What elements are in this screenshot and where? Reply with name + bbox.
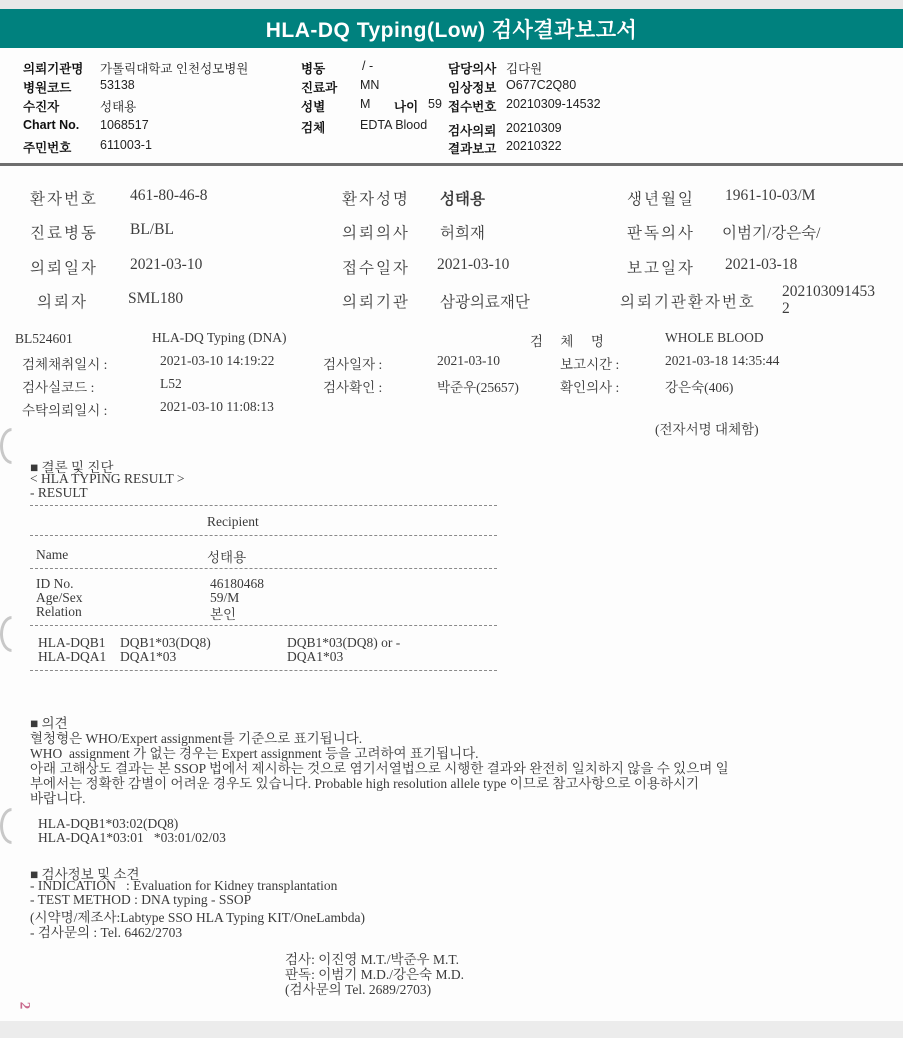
confirm-doctor-value: 강은숙(406) [665,376,733,396]
dashed-separator [30,670,497,671]
org-name-value: 가톨릭대학교 인천성모병원 [100,59,248,77]
sex-value: M [360,97,370,111]
report-date-value: 2021-03-18 [725,256,797,274]
test-date-label: 검사일자 : [323,353,382,373]
result-report-value: 20210322 [506,139,562,153]
referring-doctor-value: 허희재 [440,221,485,243]
sex-label: 성별 [301,97,325,115]
patient-no-label: 환자번호 [30,187,98,209]
high-res-allele-dqa1: HLA-DQA1*03:01 *03:01/02/03 [38,830,226,846]
attending-doctor-value: 김다원 [506,59,542,77]
ward-dept-value: BL/BL [130,221,174,239]
birthdate-label: 생년월일 [627,187,695,209]
specimen-name-label: 검 체 명 [530,330,604,350]
resident-no-label: 주민번호 [23,138,71,156]
requester-label: 의뢰자 [37,290,88,312]
request-date-label: 의뢰일자 [30,256,98,278]
age-value: 59 [428,97,442,111]
age-label: 나이 [394,97,418,115]
dashed-separator [30,625,497,626]
inquiry-line: - 검사문의 : Tel. 6462/2703 [30,921,182,941]
punch-hole-mark [0,808,24,844]
chart-no-value: 1068517 [100,118,149,132]
org-name-label: 의뢰기관명 [23,59,83,77]
examinee-value: 성태용 [100,97,136,115]
reading-doctor-value: 이범기/강은숙/ [722,221,820,243]
dqa1-alt-value: DQA1*03 [287,649,343,665]
reception-no-value: 20210309-14532 [506,97,601,111]
opinion-line: 부에서는 정확한 감별이 어려운 경우도 있습니다. Probable high… [30,772,699,792]
punch-hole-mark [0,428,24,464]
requester-value: SML180 [128,290,183,308]
org-patient-no-label: 의뢰기관환자번호 [620,290,756,312]
dashed-separator [30,505,497,506]
clinical-info-label: 임상정보 [448,78,496,96]
report-title: HLA-DQ Typing(Low) 검사결과보고서 [266,14,638,44]
punch-hole-mark [0,616,24,652]
department-value: MN [360,78,379,92]
collect-datetime-label: 검체채취일시 : [22,353,107,373]
attending-doctor-label: 담당의사 [448,59,496,77]
bottom-scan-strip [0,1021,903,1038]
verifier-label: 검사확인 : [323,376,382,396]
confirm-doctor-label: 확인의사 : [560,376,619,396]
order-date-label: 검사의뢰 [448,121,496,139]
specimen-name-value: WHOLE BLOOD [665,330,764,346]
inquiry-tel-line: (검사문의 Tel. 2689/2703) [285,978,431,998]
reading-doctor-label: 판독의사 [627,221,695,243]
test-name: HLA-DQ Typing (DNA) [152,330,287,346]
top-scan-strip [0,0,903,9]
resident-no-value: 611003-1 [100,138,152,152]
ward-dept-label: 진료병동 [30,221,98,243]
org-patient-no-value: 2021030914532 [782,283,876,317]
result-label: - RESULT [30,485,88,501]
recipient-relation-value: 본인 [210,603,236,623]
test-code: BL524601 [15,331,73,347]
recipient-name-label: Name [36,547,68,563]
patient-name-label: 환자성명 [342,187,410,209]
recipient-column-header: Recipient [207,514,259,530]
collect-datetime-value: 2021-03-10 14:19:22 [160,353,274,369]
dashed-separator [30,535,497,536]
lab-code-label: 검사실코드 : [22,376,94,396]
department-label: 진료과 [301,78,337,96]
examinee-label: 수진자 [23,97,59,115]
ward-value: / - [362,59,373,73]
result-report-label: 결과보고 [448,139,496,157]
birthdate-value: 1961-10-03/M [725,187,815,205]
section-divider-line [0,163,903,166]
recipient-name-value: 성태용 [207,546,246,566]
consign-datetime-value: 2021-03-10 11:08:13 [160,399,274,415]
report-title-banner: HLA-DQ Typing(Low) 검사결과보고서 [0,9,903,48]
request-date-value: 2021-03-10 [130,256,202,274]
dqa1-locus-label: HLA-DQA1 [38,649,106,665]
clinical-info-value: O677C2Q80 [506,78,576,92]
receipt-date-value: 2021-03-10 [437,256,509,274]
test-date-value: 2021-03-10 [437,353,500,369]
order-date-value: 20210309 [506,121,562,135]
request-org-label: 의뢰기관 [342,290,410,312]
hospital-code-value: 53138 [100,78,135,92]
consign-datetime-label: 수탁의뢰일시 : [22,399,107,419]
specimen-type-value: EDTA Blood [360,118,427,132]
report-time-value: 2021-03-18 14:35:44 [665,353,779,369]
referring-doctor-label: 의뢰의사 [342,221,410,243]
dashed-separator [30,568,497,569]
recipient-relation-label: Relation [36,604,82,620]
esignature-note: (전자서명 대체함) [655,418,759,438]
report-time-label: 보고시간 : [560,353,619,373]
hospital-code-label: 병원코드 [23,78,71,96]
lab-code-value: L52 [160,376,182,392]
opinion-line: 바랍니다. [30,787,86,807]
patient-no-value: 461-80-46-8 [130,187,208,205]
lab-report-page: HLA-DQ Typing(Low) 검사결과보고서 의뢰기관명 가톨릭대학교 … [0,0,903,1038]
request-org-value: 삼광의료재단 [440,290,530,312]
verifier-value: 박준우(25657) [437,376,519,396]
specimen-type-label: 검체 [301,118,325,136]
reception-no-label: 접수번호 [448,97,496,115]
receipt-date-label: 접수일자 [342,256,410,278]
patient-name-value: 성태용 [440,187,485,209]
ward-label: 병동 [301,59,325,77]
dqa1-low-res-value: DQA1*03 [120,649,176,665]
chart-no-label: Chart No. [23,118,79,132]
page-number: 2 [15,1002,32,1010]
report-date-label: 보고일자 [627,256,695,278]
